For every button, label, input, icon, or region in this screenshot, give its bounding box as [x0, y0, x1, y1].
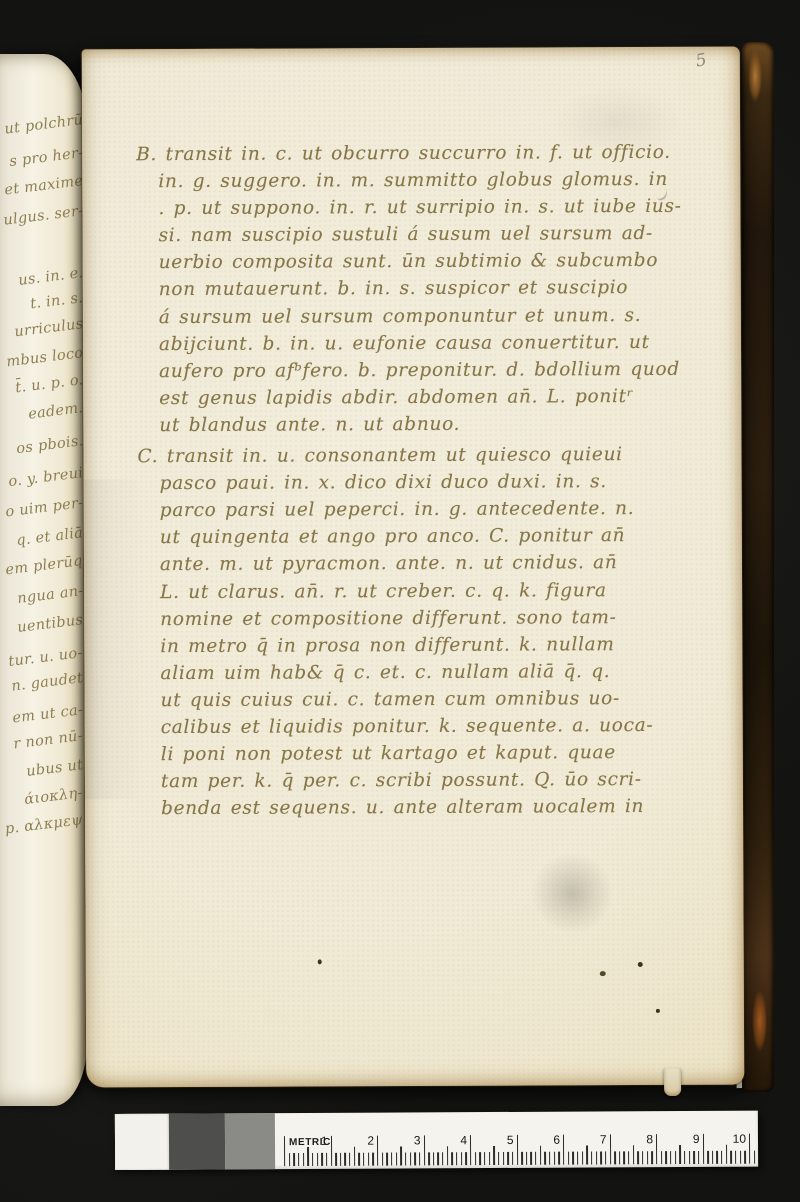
margin-text-fragment: o. y. breui [7, 465, 84, 491]
manuscript-line: ante. m. ut pyracmon. ante. n. ut cnidus… [160, 549, 713, 579]
ruler-tick [716, 1151, 717, 1164]
margin-text-fragment: t̄. u. p. o. [14, 372, 84, 397]
ruler-tick [363, 1153, 364, 1166]
ink-dot [638, 962, 643, 967]
ruler-tick [582, 1152, 583, 1165]
ruler-tick [577, 1152, 578, 1165]
ruler-tick [512, 1152, 513, 1165]
ruler-tick [354, 1147, 355, 1166]
ruler-tick [698, 1151, 699, 1164]
ruler-tick [400, 1146, 401, 1165]
ruler-tick [368, 1153, 369, 1166]
ruler-tick [489, 1152, 490, 1165]
ruler-tick [744, 1151, 745, 1164]
ruler-tick [340, 1153, 341, 1166]
manuscript-line: ut quingenta et ango pro anco. C. ponitu… [160, 522, 713, 552]
left-page-edge: ut polchrūs pro her-et maximeulgus. ser-… [0, 54, 88, 1106]
parchment-tab [664, 1068, 681, 1096]
ruler-tick [498, 1152, 499, 1165]
folio-number: 5 [694, 50, 708, 72]
manuscript-line: abijciunt. b. in. u. eufonie causa conue… [159, 328, 712, 358]
ruler-tick [470, 1135, 472, 1165]
ruler-tick [670, 1151, 671, 1164]
ruler-tick [330, 1136, 332, 1166]
photograph-background: ut polchrūs pro her-et maximeulgus. ser-… [0, 0, 800, 1202]
ruler-tick [633, 1145, 634, 1164]
ruler-tick [572, 1152, 573, 1165]
manuscript-line: . p. ut suppono. in. r. ut surripio in. … [158, 193, 711, 223]
manuscript-line: ut quis cuius cui. c. tamen cum omnibus … [161, 685, 714, 715]
ruler-tick [740, 1151, 741, 1164]
manuscript-line: aufero pro afᵇfero. b. preponitur. d. bd… [159, 355, 712, 385]
manuscript-line: parco parsi uel peperci. in. g. antecede… [160, 495, 713, 525]
ruler-tick [442, 1152, 443, 1165]
ruler-tick [298, 1153, 299, 1166]
ruler-tick [647, 1151, 648, 1164]
ruler-tick [721, 1151, 722, 1164]
margin-text-fragment: s pro her- [8, 145, 84, 171]
ruler-tick [554, 1152, 555, 1165]
ruler-number: 5 [491, 1133, 513, 1147]
ruler-tick [596, 1151, 597, 1164]
ruler-tick [642, 1151, 643, 1164]
ruler-tick [563, 1135, 565, 1165]
manuscript-line: tam per. k. q̄ per. c. scribi possunt. Q… [161, 766, 714, 796]
ruler-number: 4 [445, 1133, 467, 1147]
binding-wear-spot [748, 50, 762, 102]
ruler-tick [317, 1153, 318, 1166]
ruler-tick [628, 1151, 629, 1164]
margin-text-fragment: em ut ca- [11, 702, 84, 728]
ruler-tick [475, 1152, 476, 1165]
ruler-tick [447, 1146, 448, 1165]
ruler-tick [712, 1151, 713, 1164]
manuscript-line: calibus et liquidis ponitur. k. sequente… [161, 712, 714, 742]
manuscript-line: uerbio composita sunt. ūn subtimio & sub… [159, 247, 712, 277]
ruler-tick [451, 1152, 452, 1165]
ruler-band: METRIC 12345678910 [115, 1111, 758, 1170]
ruler-tick [675, 1151, 676, 1164]
margin-text-fragment: nō. p. αλκμεψ [0, 812, 84, 842]
ruler-tick [540, 1146, 541, 1165]
margin-text-fragment: t. in. s. [29, 290, 84, 313]
ruler-number: 3 [398, 1133, 420, 1147]
ruler-tick [493, 1146, 494, 1165]
ruler-tick [433, 1152, 434, 1165]
manuscript-line: benda est sequens. u. ante alteram uocal… [161, 793, 714, 823]
ruler-tick [405, 1152, 406, 1165]
ruler-tick [503, 1152, 504, 1165]
margin-text-fragment: ut polchrū [3, 112, 84, 139]
ruler-tick [754, 1151, 755, 1164]
stain [84, 479, 145, 799]
ruler-tick [307, 1147, 308, 1166]
margin-text-fragment: us. in. e. [17, 265, 84, 290]
manuscript-line: in. g. suggero. in. m. summitto globus g… [158, 166, 711, 196]
manuscript-paragraph-C: C. transit in. u. consonantem ut quiesco… [137, 441, 714, 823]
manuscript-line: nomine et compositione differunt. sono t… [160, 603, 713, 633]
margin-text-fragment: mbus loco [5, 345, 84, 371]
text-block: B. transit in. c. ut obcurro succurro in… [136, 139, 714, 823]
margin-text-fragment: os pbois. [15, 433, 84, 458]
margin-text-fragment: o uim per- [4, 495, 84, 521]
margin-text-fragment: r non nū- [13, 728, 84, 753]
ruler-tick [507, 1152, 508, 1165]
ruler-tick [349, 1153, 350, 1166]
ink-dot [656, 1009, 660, 1013]
ruler-number: 8 [631, 1132, 653, 1146]
stain [523, 845, 622, 942]
ruler-tick [637, 1151, 638, 1164]
ruler-tick [461, 1152, 462, 1165]
ruler-tick [293, 1153, 294, 1166]
ruler-tick [544, 1152, 545, 1165]
manuscript-line: aliam uim hab& q̄ c. et. c. nullam aliā … [160, 657, 713, 687]
margin-text-fragment: n. gaudet [10, 670, 84, 696]
ruler-number: 1 [305, 1134, 327, 1148]
margin-text-fragment: ulgus. ser- [2, 203, 84, 230]
margin-text-fragment: uentibus [16, 612, 84, 637]
ruler-tick [326, 1153, 327, 1166]
ruler-tick [656, 1134, 658, 1164]
manuscript-paragraph-B: B. transit in. c. ut obcurro succurro in… [136, 139, 712, 440]
ruler-tick [623, 1151, 624, 1164]
ruler-tick [535, 1152, 536, 1165]
ruler-tick [679, 1145, 680, 1164]
manuscript-line: pasco paui. in. x. dico dixi duco duxi. … [160, 468, 713, 498]
margin-text-fragment: tur. u. uo- [8, 645, 84, 671]
manuscript-line: B. transit in. c. ut obcurro succurro in… [136, 139, 711, 169]
ruler-tick [661, 1151, 662, 1164]
ruler-tick [707, 1151, 708, 1164]
ruler-tick [702, 1134, 704, 1164]
ruler-tick [726, 1145, 727, 1164]
margin-text-fragment: eadem. [27, 400, 84, 424]
manuscript-page: 5 B. transit in. c. ut obcurro succurro … [82, 47, 745, 1088]
ruler-tick [684, 1151, 685, 1164]
ruler-tick [386, 1153, 387, 1166]
ruler-tick [549, 1152, 550, 1165]
ruler-tick [377, 1136, 379, 1166]
ruler-tick [516, 1135, 518, 1165]
manuscript-line: non mutauerunt. b. in. s. suspicor et su… [159, 274, 712, 304]
ruler-tick [335, 1153, 336, 1166]
ruler-tick [609, 1134, 611, 1164]
ruler-tick [568, 1152, 569, 1165]
ruler-tick [730, 1151, 731, 1164]
margin-text-fragment: et maxime [3, 173, 84, 200]
ruler-tick [530, 1152, 531, 1165]
ruler-tick [414, 1152, 415, 1165]
ruler-tick [382, 1153, 383, 1166]
ruler-tick [428, 1152, 429, 1165]
ink-dot [318, 959, 322, 964]
ruler-tick [693, 1151, 694, 1164]
ruler-tick [484, 1152, 485, 1165]
ruler-number: 10 [724, 1132, 746, 1146]
ruler-tick [689, 1151, 690, 1164]
margin-text-fragment: urriculus [13, 316, 84, 341]
manuscript-line: in metro q̄ in prosa non differunt. k. n… [160, 630, 713, 660]
ruler-tick [284, 1136, 286, 1166]
ink-dot [600, 971, 606, 976]
margin-text-fragment: ubus ut [25, 757, 84, 781]
manuscript-line: si. nam suscipio sustuli á susum uel sur… [158, 220, 711, 250]
ruler-tick [619, 1151, 620, 1164]
ruler-tick [289, 1153, 290, 1166]
ruler-tick [396, 1153, 397, 1166]
metric-ruler: METRIC 12345678910 [115, 1111, 758, 1170]
ruler-tick [410, 1152, 411, 1165]
margin-text-fragment: άιοκλη- [24, 785, 84, 809]
ruler-tick [651, 1151, 652, 1164]
ruler-tick [586, 1146, 587, 1165]
ruler-tick [605, 1151, 606, 1164]
ruler-tick [419, 1152, 420, 1165]
manuscript-line: C. transit in. u. consonantem ut quiesco… [137, 441, 712, 471]
left-page-fragments: ut polchrūs pro her-et maximeulgus. ser-… [0, 54, 88, 1106]
ruler-tick [391, 1153, 392, 1166]
ruler-number: 9 [677, 1132, 699, 1146]
ruler-tick [479, 1152, 480, 1165]
ruler-tick [321, 1153, 322, 1166]
ruler-tick [600, 1151, 601, 1164]
margin-text-fragment: ngua an- [16, 583, 84, 608]
manuscript-line: á sursum uel sursum componuntur et unum.… [159, 301, 712, 331]
ruler-tick [456, 1152, 457, 1165]
binding-wear-spot [752, 990, 767, 1052]
book-cover-edge [742, 42, 774, 1092]
margin-text-fragment: em plerūq [5, 553, 84, 579]
ruler-tick [558, 1152, 559, 1165]
ruler-tick [591, 1152, 592, 1165]
ruler-tick [372, 1153, 373, 1166]
manuscript-line: ut blandus ante. n. ut abnuo. [159, 410, 712, 440]
ruler-tick [735, 1151, 736, 1164]
manuscript-line: L. ut clarus. an̄. r. ut creber. c. q. k… [160, 576, 713, 606]
ruler-tick [358, 1153, 359, 1166]
ruler-tick [423, 1135, 425, 1165]
ruler-tick [614, 1151, 615, 1164]
ruler-tick [665, 1151, 666, 1164]
margin-text-fragment: q. et aliā [15, 525, 84, 550]
ruler-tick [437, 1152, 438, 1165]
ruler-tick [303, 1153, 304, 1166]
ruler-number: 6 [538, 1133, 560, 1147]
ruler-tick [344, 1153, 345, 1166]
ruler-number: 7 [584, 1132, 606, 1146]
ruler-tick [749, 1134, 751, 1164]
ruler-tick [465, 1152, 466, 1165]
manuscript-line: est genus lapidis abdir. abdomen an̄. L.… [159, 383, 712, 413]
manuscript-line: li poni non potest ut kartago et kaput. … [161, 739, 714, 769]
ruler-tick [526, 1152, 527, 1165]
ruler-tick [521, 1152, 522, 1165]
ruler-number: 2 [352, 1134, 374, 1148]
ruler-tick [312, 1153, 313, 1166]
